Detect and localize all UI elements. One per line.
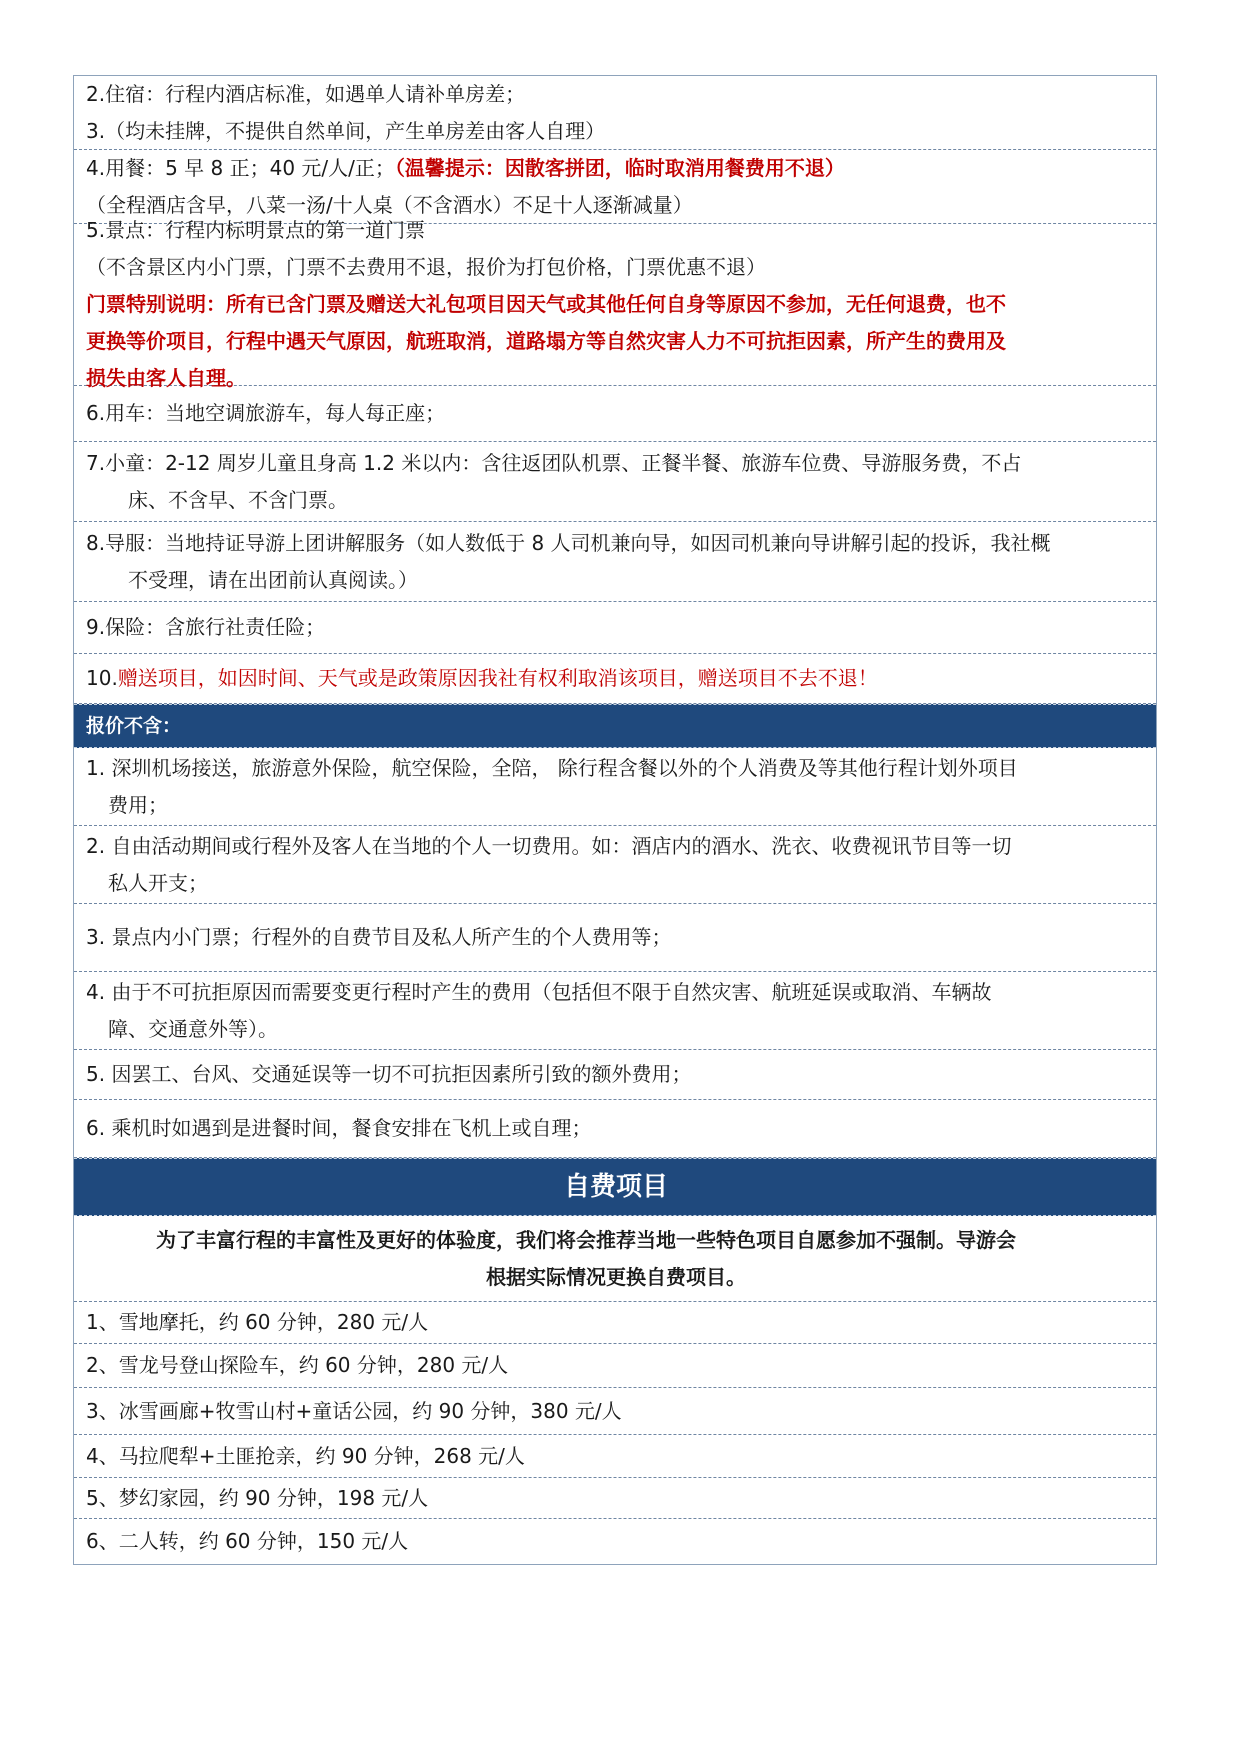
guide-text-1: 8.导服：当地持证导游上团讲解服务（如人数低于 8 人司机兼向导，如因司机兼向导… bbox=[86, 525, 1146, 562]
gift-row: 10.赠送项目，如因时间、天气或是政策原因我社有权利取消该项目，赠送项目不去不退… bbox=[74, 654, 1156, 704]
meals-text: 4.用餐：5 早 8 正；40 元/人/正； bbox=[86, 156, 395, 180]
attractions-text: 5.景点：行程内标明景点的第一道门票 bbox=[86, 212, 1146, 249]
excluded-item-2-line1: 2. 自由活动期间或行程外及客人在当地的个人一切费用。如：酒店内的酒水、洗衣、收… bbox=[86, 828, 1146, 865]
guide-text-2: 不受理，请在出团前认真阅读。） bbox=[86, 562, 1146, 599]
excluded-item: 2. 自由活动期间或行程外及客人在当地的个人一切费用。如：酒店内的酒水、洗衣、收… bbox=[74, 826, 1156, 904]
excluded-item-3: 3. 景点内小门票；行程外的自费节目及私人所产生的个人费用等； bbox=[86, 919, 1146, 956]
accommodation-row: 2.住宿：行程内酒店标准，如遇单人请补单房差； 3.（均未挂牌，不提供自然单间，… bbox=[74, 76, 1156, 150]
single-room-note: 3.（均未挂牌，不提供自然单间，产生单房差由客人自理） bbox=[86, 113, 1146, 150]
gift-number: 10. bbox=[86, 666, 118, 690]
excluded-header: 报价不含： bbox=[74, 704, 1156, 748]
optional-intro: 为了丰富行程的丰富性及更好的体验度，我们将会推荐当地一些特色项目自愿参加不强制。… bbox=[74, 1216, 1156, 1302]
ticket-special-note-1: 门票特别说明：所有已含门票及赠送大礼包项目因天气或其他任何自身等原因不参加，无任… bbox=[86, 286, 1146, 323]
optional-header: 自费项目 bbox=[74, 1158, 1156, 1216]
itinerary-terms-table: 2.住宿：行程内酒店标准，如遇单人请补单房差； 3.（均未挂牌，不提供自然单间，… bbox=[73, 75, 1157, 1565]
optional-intro-line1: 为了丰富行程的丰富性及更好的体验度，我们将会推荐当地一些特色项目自愿参加不强制。… bbox=[86, 1222, 1146, 1259]
vehicle-row: 6.用车：当地空调旅游车，每人每正座； bbox=[74, 386, 1156, 442]
excluded-item-6: 6. 乘机时如遇到是进餐时间，餐食安排在飞机上或自理； bbox=[86, 1110, 1146, 1147]
excluded-item-5: 5. 因罢工、台风、交通延误等一切不可抗拒因素所引致的额外费用； bbox=[86, 1056, 1146, 1093]
excluded-item-1-line1: 1. 深圳机场接送，旅游意外保险，航空保险，全陪， 除行程含餐以外的个人消费及等… bbox=[86, 750, 1146, 787]
optional-item: 4、马拉爬犁+土匪抢亲，约 90 分钟，268 元/人 bbox=[74, 1435, 1156, 1478]
child-text-1: 7.小童：2-12 周岁儿童且身高 1.2 米以内：含往返团队机票、正餐半餐、旅… bbox=[86, 445, 1146, 482]
excluded-item: 6. 乘机时如遇到是进餐时间，餐食安排在飞机上或自理； bbox=[74, 1100, 1156, 1158]
guide-row: 8.导服：当地持证导游上团讲解服务（如人数低于 8 人司机兼向导，如因司机兼向导… bbox=[74, 522, 1156, 602]
excluded-item-2-line2: 私人开支； bbox=[86, 865, 1146, 902]
child-row: 7.小童：2-12 周岁儿童且身高 1.2 米以内：含往返团队机票、正餐半餐、旅… bbox=[74, 442, 1156, 522]
excluded-item-4-line1: 4. 由于不可抗拒原因而需要变更行程时产生的费用（包括但不限于自然灾害、航班延误… bbox=[86, 974, 1146, 1011]
optional-item: 6、二人转，约 60 分钟，150 元/人 bbox=[74, 1519, 1156, 1564]
optional-item-5: 5、梦幻家园，约 90 分钟，198 元/人 bbox=[86, 1480, 1146, 1517]
ticket-special-note-3: 损失由客人自理。 bbox=[86, 360, 1146, 397]
insurance-text: 9.保险：含旅行社责任险； bbox=[86, 609, 1146, 646]
optional-item: 5、梦幻家园，约 90 分钟，198 元/人 bbox=[74, 1478, 1156, 1519]
attractions-row: 5.景点：行程内标明景点的第一道门票 （不含景区内小门票，门票不去费用不退，报价… bbox=[74, 224, 1156, 386]
optional-item-6: 6、二人转，约 60 分钟，150 元/人 bbox=[86, 1523, 1146, 1560]
vehicle-text: 6.用车：当地空调旅游车，每人每正座； bbox=[86, 395, 1146, 432]
meals-warning: （温馨提示：因散客拼团，临时取消用餐费用不退） bbox=[395, 156, 845, 180]
optional-item-3: 3、冰雪画廊+牧雪山村+童话公园，约 90 分钟，380 元/人 bbox=[86, 1393, 1146, 1430]
child-text-2: 床、不含早、不含门票。 bbox=[86, 482, 1146, 519]
attractions-note: （不含景区内小门票，门票不去费用不退，报价为打包价格，门票优惠不退） bbox=[86, 249, 1146, 286]
excluded-item: 3. 景点内小门票；行程外的自费节目及私人所产生的个人费用等； bbox=[74, 904, 1156, 972]
optional-item: 3、冰雪画廊+牧雪山村+童话公园，约 90 分钟，380 元/人 bbox=[74, 1388, 1156, 1435]
optional-item: 2、雪龙号登山探险车，约 60 分钟，280 元/人 bbox=[74, 1344, 1156, 1388]
meals-line: 4.用餐：5 早 8 正；40 元/人/正；（温馨提示：因散客拼团，临时取消用餐… bbox=[86, 150, 1146, 187]
excluded-item: 1. 深圳机场接送，旅游意外保险，航空保险，全陪， 除行程含餐以外的个人消费及等… bbox=[74, 748, 1156, 826]
excluded-title: 报价不含： bbox=[86, 708, 1146, 745]
optional-item-4: 4、马拉爬犁+土匪抢亲，约 90 分钟，268 元/人 bbox=[86, 1438, 1146, 1475]
optional-intro-line2: 根据实际情况更换自费项目。 bbox=[86, 1259, 1146, 1296]
optional-item-2: 2、雪龙号登山探险车，约 60 分钟，280 元/人 bbox=[86, 1347, 1146, 1384]
excluded-item-1-line2: 费用； bbox=[86, 787, 1146, 824]
insurance-row: 9.保险：含旅行社责任险； bbox=[74, 602, 1156, 654]
excluded-item: 4. 由于不可抗拒原因而需要变更行程时产生的费用（包括但不限于自然灾害、航班延误… bbox=[74, 972, 1156, 1050]
excluded-item: 5. 因罢工、台风、交通延误等一切不可抗拒因素所引致的额外费用； bbox=[74, 1050, 1156, 1100]
gift-warning: 赠送项目，如因时间、天气或是政策原因我社有权利取消该项目，赠送项目不去不退！ bbox=[118, 666, 878, 690]
optional-title: 自费项目 bbox=[564, 1169, 668, 1206]
ticket-special-note-2: 更换等价项目，行程中遇天气原因，航班取消，道路塌方等自然灾害人力不可抗拒因素，所… bbox=[86, 323, 1146, 360]
accommodation-text: 2.住宿：行程内酒店标准，如遇单人请补单房差； bbox=[86, 76, 1146, 113]
optional-item-1: 1、雪地摩托，约 60 分钟，280 元/人 bbox=[86, 1304, 1146, 1341]
optional-item: 1、雪地摩托，约 60 分钟，280 元/人 bbox=[74, 1302, 1156, 1344]
excluded-item-4-line2: 障、交通意外等）。 bbox=[86, 1011, 1146, 1048]
gift-line: 10.赠送项目，如因时间、天气或是政策原因我社有权利取消该项目，赠送项目不去不退… bbox=[86, 660, 1146, 697]
